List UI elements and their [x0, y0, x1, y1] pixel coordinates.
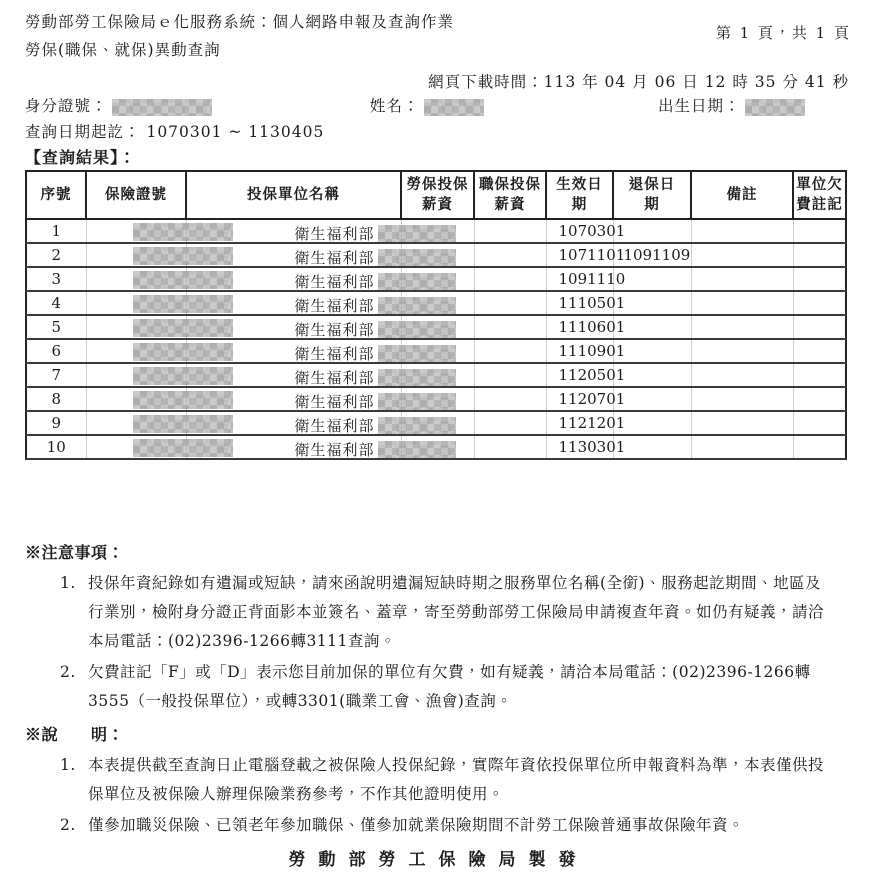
cell-serial: 3 — [26, 267, 86, 291]
birth-date-redacted-value — [745, 99, 805, 116]
results-table-header: 序號 保險證號 投保單位名稱 勞保投保 薪資 職保投保 薪資 生效日 期 退保日… — [26, 171, 846, 219]
unit-name-prefix: 衛生福利部 — [295, 249, 375, 267]
cert-number-redacted-value — [133, 295, 233, 313]
cell-occupational-salary — [474, 435, 546, 459]
cell-arrears-flag — [793, 387, 846, 411]
cell-arrears-flag — [793, 363, 846, 387]
unit-name-redacted-value — [378, 321, 456, 338]
table-row: 1 衛生福利部 1070301 — [26, 219, 846, 243]
cell-remarks — [691, 291, 793, 315]
cell-arrears-flag — [793, 243, 846, 267]
results-table: 序號 保險證號 投保單位名稱 勞保投保 薪資 職保投保 薪資 生效日 期 退保日… — [25, 170, 847, 460]
id-number-redacted-value — [112, 99, 212, 116]
cell-remarks — [691, 267, 793, 291]
unit-name-prefix: 衛生福利部 — [295, 393, 375, 411]
cell-effective-date: 1130301 — [546, 435, 613, 459]
query-date-range: 查詢日期起訖： 1070301 ~ 1130405 — [25, 120, 324, 142]
cert-number-redacted-value — [133, 367, 233, 385]
cell-cert-number — [86, 387, 186, 411]
cell-serial: 8 — [26, 387, 86, 411]
cell-serial: 7 — [26, 363, 86, 387]
col-header-arrears-flag: 單位欠 費註記 — [793, 171, 846, 219]
cell-effective-date: 1120501 — [546, 363, 613, 387]
cell-effective-date: 1110601 — [546, 315, 613, 339]
unit-name-prefix: 衛生福利部 — [295, 417, 375, 435]
report-page: 勞動部勞工保險局ｅ化服務系統：個人網路申報及查詢作業 第 1 頁，共 1 頁 勞… — [0, 0, 877, 885]
unit-name-redacted-value — [378, 297, 456, 314]
cell-cert-number — [86, 315, 186, 339]
col-header-occupational-salary: 職保投保 薪資 — [474, 171, 546, 219]
name-redacted-value — [424, 99, 484, 116]
unit-name-redacted-value — [378, 273, 456, 290]
cell-serial: 4 — [26, 291, 86, 315]
note-text: 投保年資紀錄如有遺漏或短缺，請來函說明遺漏短缺時期之服務單位名稱(全銜)、服務起… — [88, 569, 826, 656]
col-header-effective-date: 生效日 期 — [546, 171, 613, 219]
note-item: 2.僅參加職災保險、已領老年參加職保、僅參加就業保險期間不計勞工保險普通事故保險… — [60, 811, 847, 840]
unit-name-prefix: 衛生福利部 — [295, 273, 375, 291]
cell-remarks — [691, 243, 793, 267]
attention-list: 1.投保年資紀錄如有遺漏或短缺，請來函說明遺漏短缺時期之服務單位名稱(全銜)、服… — [25, 569, 847, 716]
page-indicator: 第 1 頁，共 1 頁 — [716, 22, 851, 43]
cell-occupational-salary — [474, 291, 546, 315]
cell-effective-date: 1071101 — [546, 243, 613, 267]
unit-name-redacted-value — [378, 225, 456, 242]
unit-name-redacted-value — [378, 417, 456, 434]
download-time: 網頁下載時間：113 年 04 月 06 日 12 時 35 分 41 秒 — [0, 70, 849, 92]
explain-label: ※說 明： — [25, 720, 847, 749]
unit-name-prefix: 衛生福利部 — [295, 345, 375, 363]
cert-number-redacted-value — [133, 415, 233, 433]
name-field: 姓名： — [370, 94, 484, 116]
cell-occupational-salary — [474, 267, 546, 291]
cell-occupational-salary — [474, 411, 546, 435]
cell-serial: 1 — [26, 219, 86, 243]
notes-section: ※注意事項： 1.投保年資紀錄如有遺漏或短缺，請來函說明遺漏短缺時期之服務單位名… — [25, 538, 847, 842]
note-number: 2. — [60, 658, 88, 716]
col-header-remarks: 備註 — [691, 171, 793, 219]
cell-occupational-salary — [474, 363, 546, 387]
id-number-field: 身分證號： — [25, 94, 212, 116]
note-item: 1.投保年資紀錄如有遺漏或短缺，請來函說明遺漏短缺時期之服務單位名稱(全銜)、服… — [60, 569, 847, 656]
cell-remarks — [691, 387, 793, 411]
attention-label: ※注意事項： — [25, 538, 847, 567]
cell-occupational-salary — [474, 339, 546, 363]
identity-row: 身分證號： 姓名： 出生日期： — [0, 94, 877, 120]
col-header-serial: 序號 — [26, 171, 86, 219]
cert-number-redacted-value — [133, 319, 233, 337]
cert-number-redacted-value — [133, 247, 233, 265]
note-text: 僅參加職災保險、已領老年參加職保、僅參加就業保險期間不計勞工保險普通事故保險年資… — [88, 811, 826, 840]
name-label: 姓名： — [370, 97, 420, 115]
unit-name-redacted-value — [378, 441, 456, 458]
col-header-withdraw-date: 退保日 期 — [613, 171, 691, 219]
cell-effective-date: 1070301 — [546, 219, 613, 243]
birth-date-label: 出生日期： — [658, 97, 741, 115]
unit-name-redacted-value — [378, 369, 456, 386]
note-text: 欠費註記「F」或「D」表示您目前加保的單位有欠費，如有疑義，請洽本局電話：(02… — [88, 658, 826, 716]
unit-name-redacted-value — [378, 393, 456, 410]
cell-arrears-flag — [793, 435, 846, 459]
query-range-value: 1070301 ~ 1130405 — [146, 123, 324, 141]
cell-remarks — [691, 219, 793, 243]
note-item: 2.欠費註記「F」或「D」表示您目前加保的單位有欠費，如有疑義，請洽本局電話：(… — [60, 658, 847, 716]
query-range-label: 查詢日期起訖： — [25, 123, 141, 141]
note-number: 2. — [60, 811, 88, 840]
cert-number-redacted-value — [133, 391, 233, 409]
table-row: 8 衛生福利部 1120701 — [26, 387, 846, 411]
cell-occupational-salary — [474, 243, 546, 267]
table-row: 10 衛生福利部 1130301 — [26, 435, 846, 459]
unit-name-prefix: 衛生福利部 — [295, 441, 375, 459]
explain-list: 1.本表提供截至查詢日止電腦登載之被保險人投保紀錄，實際年資依投保單位所申報資料… — [25, 751, 847, 840]
cell-remarks — [691, 435, 793, 459]
unit-name-redacted-value — [378, 345, 456, 362]
cell-arrears-flag — [793, 291, 846, 315]
cell-occupational-salary — [474, 315, 546, 339]
unit-name-redacted-value — [378, 249, 456, 266]
note-text: 本表提供截至查詢日止電腦登載之被保險人投保紀錄，實際年資依投保單位所申報資料為準… — [88, 751, 826, 809]
system-title: 勞動部勞工保險局ｅ化服務系統：個人網路申報及查詢作業 — [25, 10, 454, 32]
cell-cert-number — [86, 267, 186, 291]
cell-cert-number — [86, 435, 186, 459]
report-title: 勞保(職保、就保)異動查詢 — [25, 38, 221, 60]
col-header-cert-number: 保險證號 — [86, 171, 186, 219]
cell-effective-date: 1121201 — [546, 411, 613, 435]
note-number: 1. — [60, 751, 88, 809]
result-section-title: 【查詢結果】： — [25, 145, 136, 168]
cell-cert-number — [86, 411, 186, 435]
cell-cert-number — [86, 219, 186, 243]
cell-arrears-flag — [793, 267, 846, 291]
note-number: 1. — [60, 569, 88, 656]
issuer-footer: 勞動部勞工保險局製發 — [0, 845, 877, 870]
table-row: 2 衛生福利部 1071101 1091109 — [26, 243, 846, 267]
cell-cert-number — [86, 243, 186, 267]
unit-name-prefix: 衛生福利部 — [295, 369, 375, 387]
id-number-label: 身分證號： — [25, 97, 108, 115]
cert-number-redacted-value — [133, 343, 233, 361]
cell-arrears-flag — [793, 411, 846, 435]
table-row: 5 衛生福利部 1110601 — [26, 315, 846, 339]
birth-date-field: 出生日期： — [658, 94, 805, 116]
table-row: 9 衛生福利部 1121201 — [26, 411, 846, 435]
cell-effective-date: 1120701 — [546, 387, 613, 411]
cell-arrears-flag — [793, 339, 846, 363]
cell-serial: 2 — [26, 243, 86, 267]
table-row: 3 衛生福利部 1091110 — [26, 267, 846, 291]
table-row: 4 衛生福利部 1110501 — [26, 291, 846, 315]
cert-number-redacted-value — [133, 439, 233, 457]
cell-effective-date: 1091110 — [546, 267, 613, 291]
cell-occupational-salary — [474, 219, 546, 243]
col-header-labor-salary: 勞保投保 薪資 — [401, 171, 474, 219]
table-row: 7 衛生福利部 1120501 — [26, 363, 846, 387]
cell-effective-date: 1110501 — [546, 291, 613, 315]
cell-arrears-flag — [793, 315, 846, 339]
unit-name-prefix: 衛生福利部 — [295, 225, 375, 243]
cell-cert-number — [86, 339, 186, 363]
cell-serial: 5 — [26, 315, 86, 339]
cell-cert-number — [86, 291, 186, 315]
cell-remarks — [691, 411, 793, 435]
cell-remarks — [691, 363, 793, 387]
cell-arrears-flag — [793, 219, 846, 243]
cell-remarks — [691, 339, 793, 363]
unit-name-prefix: 衛生福利部 — [295, 297, 375, 315]
cell-serial: 6 — [26, 339, 86, 363]
cell-occupational-salary — [474, 387, 546, 411]
note-item: 1.本表提供截至查詢日止電腦登載之被保險人投保紀錄，實際年資依投保單位所申報資料… — [60, 751, 847, 809]
cell-cert-number — [86, 363, 186, 387]
unit-name-prefix: 衛生福利部 — [295, 321, 375, 339]
cell-withdraw-date: 1091109 — [613, 243, 691, 267]
cell-serial: 9 — [26, 411, 86, 435]
cert-number-redacted-value — [133, 271, 233, 289]
cert-number-redacted-value — [133, 223, 233, 241]
cell-remarks — [691, 315, 793, 339]
cell-serial: 10 — [26, 435, 86, 459]
results-tbody: 1 衛生福利部 1070301 2 衛生福利部 1071101 1091109 — [26, 219, 846, 459]
cell-effective-date: 1110901 — [546, 339, 613, 363]
col-header-unit-name: 投保單位名稱 — [186, 171, 401, 219]
table-row: 6 衛生福利部 1110901 — [26, 339, 846, 363]
